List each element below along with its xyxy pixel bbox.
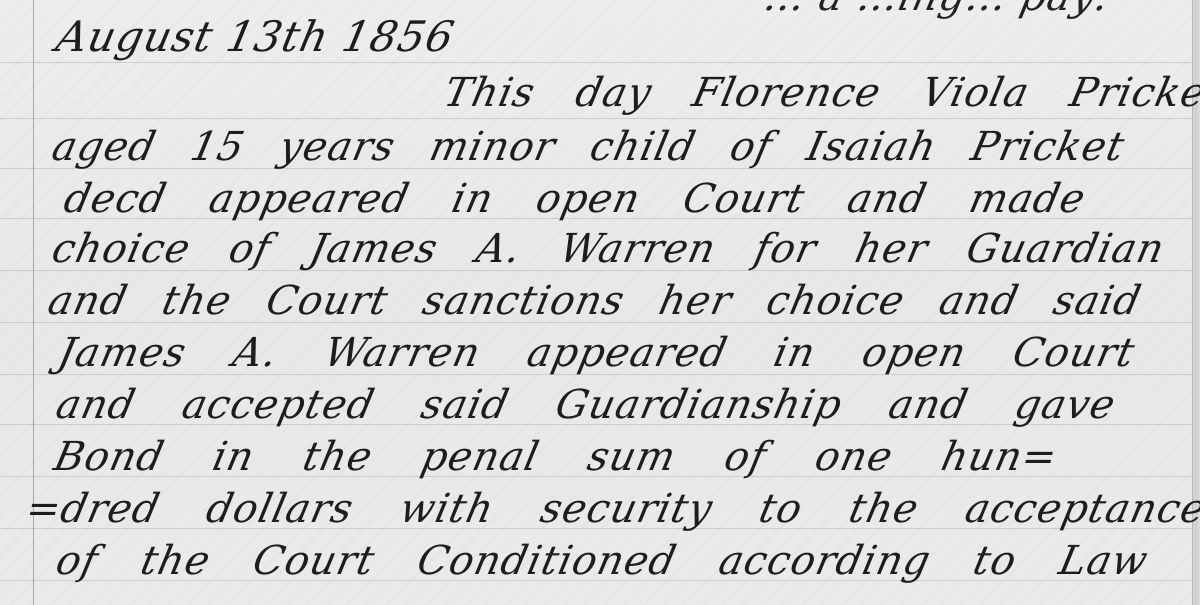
word: for — [750, 226, 821, 272]
word: hun= — [937, 434, 1062, 480]
word: sanctions — [419, 278, 630, 324]
word: Warren — [320, 330, 485, 376]
word: Court — [249, 538, 379, 584]
word: made — [965, 176, 1090, 222]
word: Pricket — [1066, 70, 1200, 116]
word: aged — [48, 124, 161, 170]
word: the — [158, 278, 236, 324]
word: A. — [472, 226, 525, 272]
word: sum — [583, 434, 680, 480]
ledger-page: … a …ing… pay: August 13th 1856 This day… — [0, 0, 1200, 605]
word: said — [1049, 278, 1146, 324]
ruled-line — [0, 62, 1192, 63]
word: Court — [262, 278, 392, 324]
text-line-3: decd appeared in open Court and made — [60, 176, 1090, 222]
word: the — [299, 434, 377, 480]
text-line-5: and the Court sanctions her choice and s… — [44, 278, 1146, 324]
word: and — [44, 278, 132, 324]
entry-date: August 13th 1856 — [52, 12, 459, 61]
previous-entry-fragment: … a …ing… pay: — [760, 0, 1115, 20]
word: Conditioned — [413, 538, 681, 584]
word: Court — [1009, 330, 1139, 376]
word: of — [225, 226, 276, 272]
word: penal — [417, 434, 543, 480]
word: and — [885, 382, 973, 428]
word: dollars — [202, 486, 358, 532]
word: years — [275, 124, 400, 170]
text-line-9: =dred dollars with security to the accep… — [22, 486, 1200, 532]
word: one — [811, 434, 897, 480]
word: appeared — [523, 330, 732, 376]
word: Viola — [917, 70, 1033, 116]
word: =dred — [22, 486, 164, 532]
word: James — [305, 226, 442, 272]
word: day — [571, 70, 656, 116]
word: choice — [762, 278, 909, 324]
word: This — [440, 70, 540, 116]
word: in — [209, 434, 259, 480]
text-line-1: This day Florence Viola Pricket — [440, 70, 1200, 116]
word: her — [851, 226, 932, 272]
word: Guardian — [962, 226, 1168, 272]
word: her — [655, 278, 736, 324]
word: Law — [1055, 538, 1152, 584]
word: said — [417, 382, 514, 428]
word: to — [755, 486, 807, 532]
text-line-10: of the Court Conditioned according to La… — [52, 538, 1152, 584]
word: choice — [48, 226, 195, 272]
word: accepted — [178, 382, 379, 428]
word: child — [586, 124, 700, 170]
text-line-2: aged 15 years minor child of Isaiah Pric… — [48, 124, 1129, 170]
word: minor — [426, 124, 560, 170]
word: Warren — [556, 226, 721, 272]
word: of — [52, 538, 103, 584]
word: security — [536, 486, 717, 532]
word: in — [770, 330, 820, 376]
word: Guardianship — [551, 382, 846, 428]
word: Bond — [50, 434, 169, 480]
word: and — [935, 278, 1023, 324]
word: James — [54, 330, 191, 376]
word: the — [137, 538, 215, 584]
word: open — [858, 330, 971, 376]
ruled-line — [0, 118, 1192, 119]
word: in — [448, 176, 498, 222]
word: the — [845, 486, 923, 532]
word: A. — [229, 330, 282, 376]
word: decd — [60, 176, 171, 222]
word: and — [843, 176, 931, 222]
word: Florence — [688, 70, 885, 116]
word: of — [720, 434, 771, 480]
word: of — [726, 124, 777, 170]
text-line-6: James A. Warren appeared in open Court — [54, 330, 1139, 376]
word: gave — [1010, 382, 1120, 428]
word: acceptance — [961, 486, 1200, 532]
text-line-8: Bond in the penal sum of one hun= — [50, 434, 1062, 480]
word: Isaiah — [803, 124, 941, 170]
word: 15 — [186, 124, 249, 170]
word: Court — [679, 176, 809, 222]
word: appeared — [205, 176, 414, 222]
text-line-7: and accepted said Guardianship and gave — [52, 382, 1120, 428]
word: to — [969, 538, 1021, 584]
word: according — [715, 538, 935, 584]
word: Pricket — [967, 124, 1129, 170]
text-line-4: choice of James A. Warren for her Guardi… — [48, 226, 1169, 272]
word: with — [396, 486, 499, 532]
word: and — [52, 382, 140, 428]
word: open — [532, 176, 645, 222]
